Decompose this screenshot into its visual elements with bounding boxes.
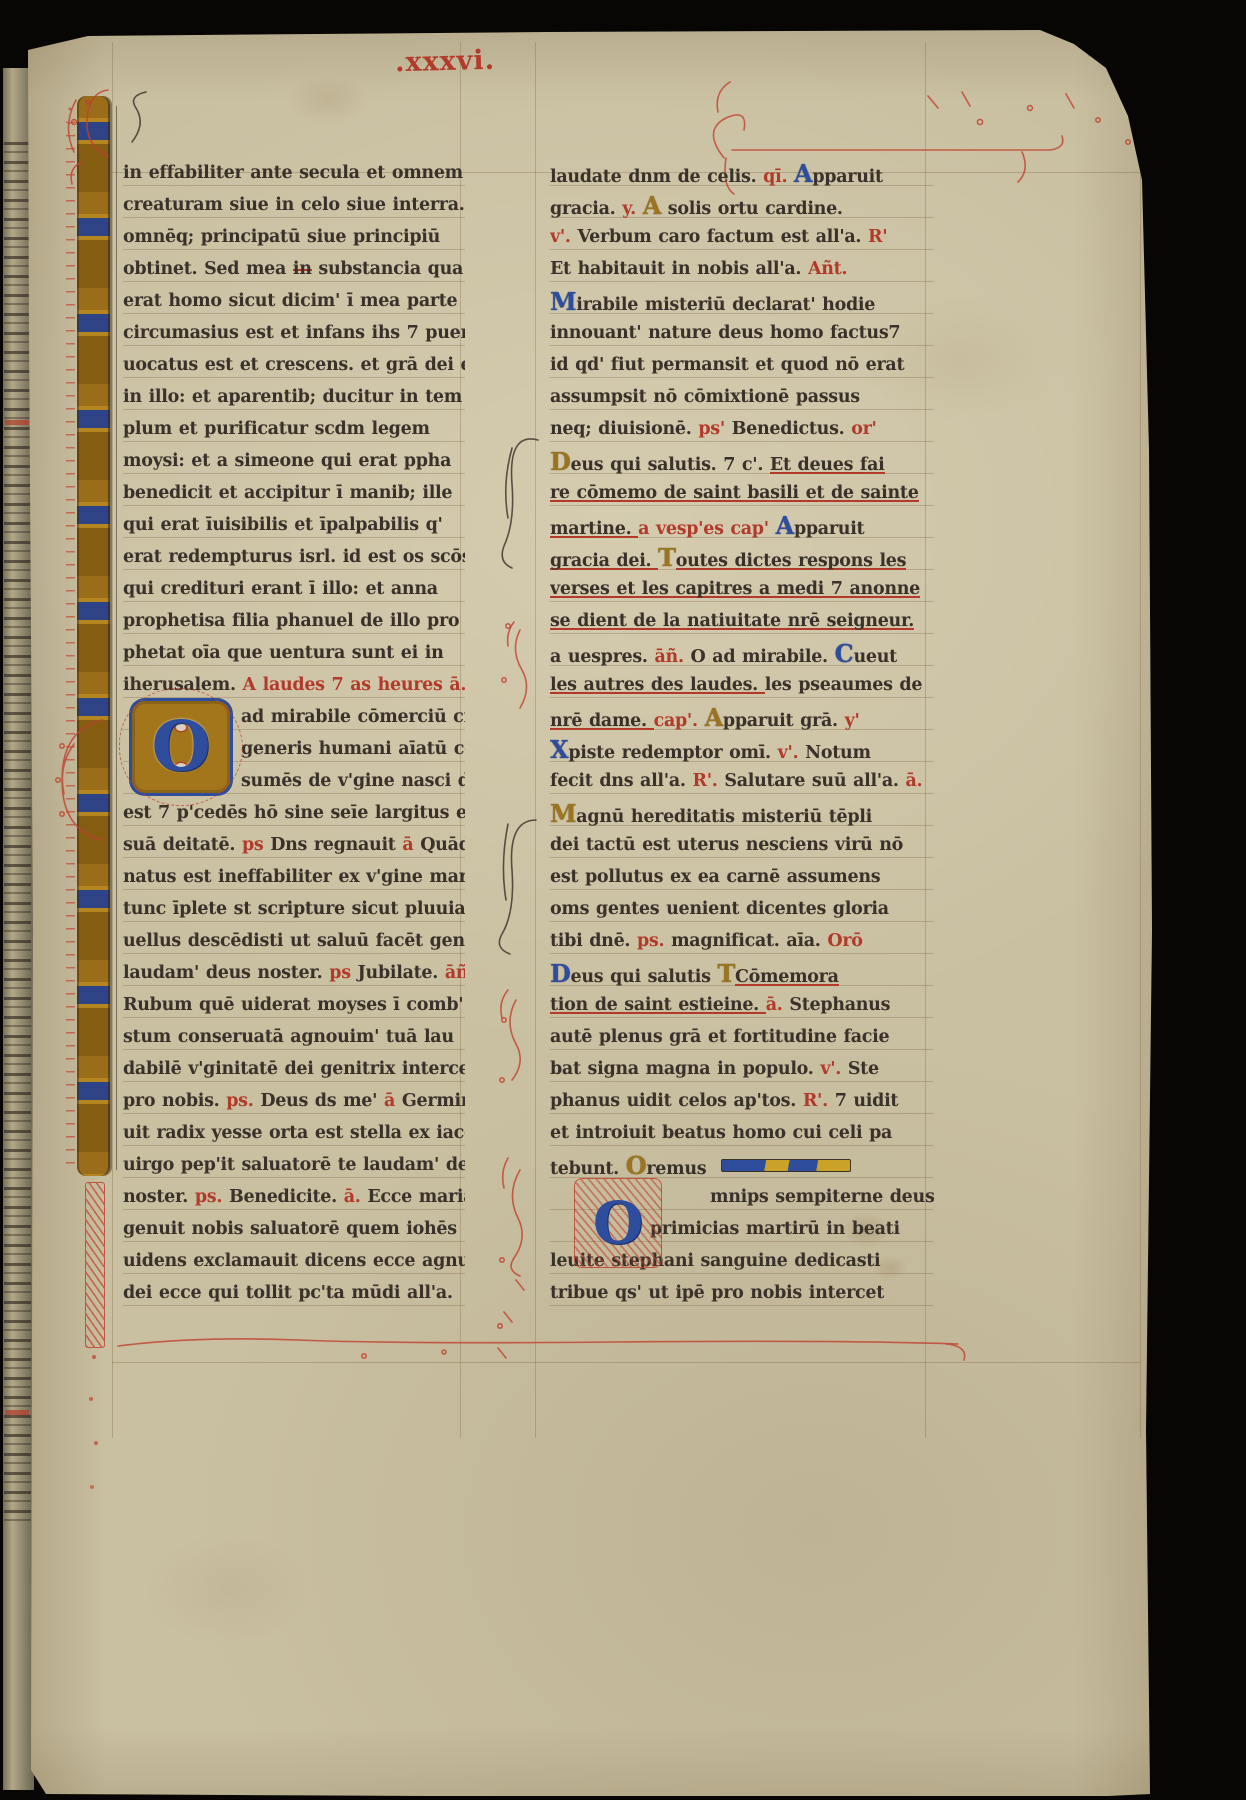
text-line: Et habitauit in nobis all'a. Añt. xyxy=(550,254,934,286)
text-line: circumasius est et infans ihs 7 puer xyxy=(123,318,465,350)
text-line: plum et purificatur scdm legem xyxy=(123,414,465,446)
text-line: dabilē v'ginitatē dei genitrix intercede xyxy=(123,1054,465,1086)
text-line: benedicit et accipitur ī manib; ille xyxy=(123,478,465,510)
large-initial-letter: O xyxy=(593,1189,643,1257)
text-line: moysi: et a simeone qui erat ppha xyxy=(123,446,465,478)
rubric-underlined-run: Et deues fai xyxy=(770,455,885,475)
text-line: et introiuit beatus homo cui celi pa xyxy=(550,1118,934,1150)
text-run: qui erat īuisibilis et īpalpabilis q' xyxy=(123,515,443,535)
text-run: creaturam siue in celo siue interra. xyxy=(123,195,465,215)
rubric-underlined-run: gracia dei. xyxy=(550,551,658,571)
line-filler xyxy=(721,1159,851,1172)
rubric-run: A laudes 7 as heures ā. xyxy=(243,675,465,695)
text-run: autē plenus grā et fortitudine facie xyxy=(550,1027,889,1047)
inline-initial-gold: M xyxy=(550,799,576,828)
text-run: Deus ds me' xyxy=(260,1091,384,1111)
text-run: suā deitatē. xyxy=(123,835,242,855)
text-line: gracia dei. Toutes dictes respons les xyxy=(550,542,934,574)
rubric-run: a vesp'es cap' xyxy=(638,519,775,539)
text-line: laudate dnm de celis. qī. Apparuit xyxy=(550,158,934,190)
text-run: ad mirabile cōmerciū creator xyxy=(241,707,465,727)
text-run: assumpsit nō cōmixtionē passus xyxy=(550,387,860,407)
text-run: O ad mirabile. xyxy=(691,647,835,667)
text-run: magnificat. aīa. xyxy=(671,931,827,951)
text-run: erat homo sicut dicim' ī mea parte xyxy=(123,291,457,311)
rubric-underlined-run: Cōmemora xyxy=(735,967,839,987)
corrected-run: in xyxy=(293,259,312,279)
text-run: neq; diuisionē. xyxy=(550,419,698,439)
text-run: pparuit xyxy=(812,167,882,187)
text-line: Deus qui salutis. 7 c'. Et deues fai xyxy=(550,446,934,478)
text-line: v'. Verbum caro factum est all'a. R' xyxy=(550,222,934,254)
text-run: pparuit grā. xyxy=(723,711,845,731)
rubric-run: v'. xyxy=(550,227,578,247)
text-line: uidens exclamauit dicens ecce agnus xyxy=(123,1246,465,1278)
text-run: laudate dnm de celis. xyxy=(550,167,763,187)
text-run: qui credituri erant ī illo: et anna xyxy=(123,579,438,599)
large-initial-left: O xyxy=(129,698,233,796)
text-run: piste redemptor omī. xyxy=(568,743,777,763)
text-line: qui credituri erant ī illo: et anna xyxy=(123,574,465,606)
text-run: generis humani aīatū corp' xyxy=(241,739,465,759)
rubric-run: R' xyxy=(868,227,887,247)
text-run: noster. xyxy=(123,1187,195,1207)
text-run: tebunt. xyxy=(550,1159,626,1179)
rubric-run: cap'. xyxy=(654,711,705,731)
rubric-underlined-run: martine. xyxy=(550,519,638,539)
inline-initial-blue: C xyxy=(835,639,854,668)
ruling-vertical xyxy=(1140,42,1141,1438)
rubric-underlined-run: tion de saint estieine. xyxy=(550,995,766,1015)
text-line: erat homo sicut dicim' ī mea parte xyxy=(123,286,465,318)
text-run: Dns regnauit xyxy=(270,835,402,855)
text-run: phetat oīa que uentura sunt ei in xyxy=(123,643,444,663)
text-run: dabilē v'ginitatē dei genitrix intercede xyxy=(123,1059,465,1079)
penwork-flourish-right-column-margin xyxy=(490,380,550,1380)
text-line: noster. ps. Benedicite. ā. Ecce maria xyxy=(123,1182,465,1214)
inline-initial-gold: T xyxy=(717,959,735,988)
text-run: Rubum quē uiderat moyses ī comb' xyxy=(123,995,463,1015)
rubric-run: Orō xyxy=(827,931,862,951)
rubric-run: ps. xyxy=(195,1187,229,1207)
rubric-run: ā. xyxy=(766,995,790,1015)
inline-initial-gold: O xyxy=(626,1151,647,1180)
text-run: tibi dnē. xyxy=(550,931,637,951)
inline-initial-blue: M xyxy=(550,287,576,316)
text-run: bat signa magna in populo. xyxy=(550,1059,820,1079)
text-run: eus qui salutis. 7 c'. xyxy=(571,455,770,475)
rubric-run: or' xyxy=(851,419,876,439)
inline-initial-gold: A xyxy=(643,191,661,220)
text-line: genuit nobis saluatorē quem iohēs xyxy=(123,1214,465,1246)
rubric-underlined-run: se dient de la natiuitate nrē seigneur. xyxy=(550,611,914,631)
text-line: uellus descēdisti ut saluū facēt gen' hū… xyxy=(123,926,465,958)
text-line: re cōmemo de saint basili et de sainte xyxy=(550,478,934,510)
rubric-run: R'. xyxy=(692,771,724,791)
text-line: uocatus est et crescens. et grā dei erat xyxy=(123,350,465,382)
inline-initial-gold: D xyxy=(550,447,571,476)
previous-page-text-lines xyxy=(4,142,31,1522)
text-run: genuit nobis saluatorē quem iohēs xyxy=(123,1219,457,1239)
rubric-run: Añt. xyxy=(808,259,847,279)
text-run: phanus uidit celos ap'tos. xyxy=(550,1091,803,1111)
inline-initial-gold: T xyxy=(658,543,676,572)
text-run: Notum xyxy=(805,743,871,763)
text-line: tibi dnē. ps. magnificat. aīa. Orō xyxy=(550,926,934,958)
text-run: tunc īplete st scripture sicut pluuia ī xyxy=(123,899,465,919)
rubric-run: R'. xyxy=(803,1091,835,1111)
text-run: uellus descēdisti ut saluū facēt gen' hū… xyxy=(123,931,465,951)
text-run: in illo: et aparentib; ducitur in tem xyxy=(123,387,462,407)
text-run: Salutare suū all'a. xyxy=(724,771,905,791)
text-line: Rubum quē uiderat moyses ī comb' xyxy=(123,990,465,1022)
text-line: tion de saint estieine. ā. Stephanus xyxy=(550,990,934,1022)
text-run: dei tactū est uterus nesciens virū nō xyxy=(550,835,903,855)
text-line: neq; diuisionē. ps' Benedictus. or' xyxy=(550,414,934,446)
text-run: fecit dns all'a. xyxy=(550,771,692,791)
rubric-run: y' xyxy=(845,711,860,731)
rubric-run: ps. xyxy=(226,1091,260,1111)
text-line: uirgo pep'it saluatorē te laudam' deus xyxy=(123,1150,465,1182)
text-line: Magnū hereditatis misteriū tēpli xyxy=(550,798,934,830)
text-line: tunc īplete st scripture sicut pluuia ī xyxy=(123,894,465,926)
large-initial-letter: O xyxy=(152,707,211,787)
text-run: uirgo pep'it saluatorē te laudam' deus xyxy=(123,1155,465,1175)
photo-backdrop: .xxxvi. 44 xyxy=(0,0,1246,1800)
text-run: agnū hereditatis misteriū tēpli xyxy=(576,807,872,827)
rubric-run: ā xyxy=(402,835,420,855)
text-run: in effabiliter ante secula et omnem xyxy=(123,163,463,183)
text-run: Jubilate. xyxy=(358,963,445,983)
rubric-underlined-run: les autres des laudes. xyxy=(550,675,765,695)
text-run: circumasius est et infans ihs 7 puer xyxy=(123,323,465,343)
text-line: omnēq; principatū siue principiū xyxy=(123,222,465,254)
text-line: a uespres. āñ. O ad mirabile. Cueut xyxy=(550,638,934,670)
inline-initial-gold: A xyxy=(705,703,723,732)
text-line: id qd' fiut permansit et quod nō erat xyxy=(550,350,934,382)
rubric-underlined-run: re cōmemo de saint basili et de sainte xyxy=(550,483,919,503)
text-run: uit radix yesse orta est stella ex iacob xyxy=(123,1123,465,1143)
text-run: Benedicite. xyxy=(229,1187,344,1207)
rubric-run: āñ xyxy=(445,963,465,983)
text-run: plum et purificatur scdm legem xyxy=(123,419,430,439)
text-run: gracia. xyxy=(550,199,622,219)
inline-initial-blue: A xyxy=(776,511,794,540)
text-line: les autres des laudes. les pseaumes de xyxy=(550,670,934,702)
text-line: Xpiste redemptor omī. v'. Notum xyxy=(550,734,934,766)
text-line: suā deitatē. ps Dns regnauit ā Quādo xyxy=(123,830,465,862)
text-line: erat redempturus isrl. id est os scōs xyxy=(123,542,465,574)
text-line: natus est ineffabiliter ex v'gine maria xyxy=(123,862,465,894)
border-bar-tail xyxy=(85,1182,105,1348)
rubric-underlined-run: outes dictes respons les xyxy=(676,551,906,571)
text-run: les pseaumes de xyxy=(765,675,922,695)
rubric-run: qī. xyxy=(763,167,794,187)
text-line: Deus qui salutis TCōmemora xyxy=(550,958,934,990)
text-run: 7 uidit xyxy=(835,1091,899,1111)
text-run: laudam' deus noster. xyxy=(123,963,329,983)
text-run: oms gentes uenient dicentes gloria xyxy=(550,899,889,919)
text-run: omnēq; principatū siue principiū xyxy=(123,227,440,247)
previous-page-rubric-fragment xyxy=(5,420,29,425)
manuscript-page: .xxxvi. 44 xyxy=(28,30,1152,1796)
text-line: in illo: et aparentib; ducitur in tem xyxy=(123,382,465,414)
text-run: pparuit xyxy=(794,519,864,539)
text-line: se dient de la natiuitate nrē seigneur. xyxy=(550,606,934,638)
text-column-left: O in effabiliter ante secula et omnemcre… xyxy=(123,158,465,1310)
text-line: gracia. y. A solis ortu cardine. xyxy=(550,190,934,222)
text-run: solis ortu cardine. xyxy=(661,199,843,219)
text-run: remus xyxy=(646,1159,713,1179)
text-line: fecit dns all'a. R'. Salutare suū all'a.… xyxy=(550,766,934,798)
rubric-underlined-run: verses et les capitres a medi 7 anonne xyxy=(550,579,920,599)
text-line: autē plenus grā et fortitudine facie xyxy=(550,1022,934,1054)
text-line: assumpsit nō cōmixtionē passus xyxy=(550,382,934,414)
text-line: uit radix yesse orta est stella ex iacob xyxy=(123,1118,465,1150)
text-run: erat redempturus isrl. id est os scōs xyxy=(123,547,465,567)
rubric-run: āñ. xyxy=(654,647,690,667)
text-line: bat signa magna in populo. v'. Ste xyxy=(550,1054,934,1086)
text-run: stum conseruatā agnouim' tuā lau xyxy=(123,1027,454,1047)
text-run: irabile misteriū declarat' hodie xyxy=(576,295,875,315)
rubric-run: v'. xyxy=(778,743,806,763)
text-run: id qd' fiut permansit et quod nō erat xyxy=(550,355,904,375)
text-line: prophetisa filia phanuel de illo pro xyxy=(123,606,465,638)
folio-number: 44 xyxy=(1083,26,1129,69)
text-line: est pollutus ex ea carnē assumens xyxy=(550,862,934,894)
text-run: tribue qs' ut ipē pro nobis intercet xyxy=(550,1283,884,1303)
text-line: laudam' deus noster. ps Jubilate. āñ xyxy=(123,958,465,990)
text-run: substancia qua xyxy=(312,259,463,279)
rubric-run: ā xyxy=(384,1091,402,1111)
text-run: benedicit et accipitur ī manib; ille xyxy=(123,483,452,503)
inline-initial-blue: D xyxy=(550,959,571,988)
large-initial-right: O xyxy=(574,1178,662,1268)
text-run: prophetisa filia phanuel de illo pro xyxy=(123,611,459,631)
ruling-horizontal xyxy=(112,1362,1140,1363)
text-run: Ecce maria xyxy=(367,1187,465,1207)
text-run: moysi: et a simeone qui erat ppha xyxy=(123,451,451,471)
rubric-run: ps' xyxy=(698,419,731,439)
text-line: obtinet. Sed mea in substancia qua xyxy=(123,254,465,286)
rubric-run: ps xyxy=(329,963,357,983)
text-run: dei ecce qui tollit pc'ta mūdi all'a. xyxy=(123,1283,453,1303)
text-line: nrē dame. cap'. Apparuit grā. y' xyxy=(550,702,934,734)
text-run: Quādo xyxy=(420,835,465,855)
text-run: Verbum caro factum est all'a. xyxy=(578,227,869,247)
text-run: obtinet. Sed mea xyxy=(123,259,293,279)
text-line: verses et les capitres a medi 7 anonne xyxy=(550,574,934,606)
rubric-underlined-run: nrē dame. xyxy=(550,711,654,731)
text-run: pro nobis. xyxy=(123,1091,226,1111)
text-run: mnips sempiterne deus qui xyxy=(710,1187,934,1207)
text-line: innouant' nature deus homo factus7 xyxy=(550,318,934,350)
text-run: est 7 p'cedēs hō sine seīe largitus est … xyxy=(123,803,465,823)
penwork-flourish-bottom xyxy=(114,1312,1074,1362)
text-line: qui erat īuisibilis et īpalpabilis q' xyxy=(123,510,465,542)
text-run: Ste xyxy=(848,1059,879,1079)
illuminated-border-bar xyxy=(77,96,110,1176)
rubric-run: y. xyxy=(622,199,642,219)
text-line: stum conseruatā agnouim' tuā lau xyxy=(123,1022,465,1054)
text-line: creaturam siue in celo siue interra. xyxy=(123,190,465,222)
text-line: Mirabile misteriū declarat' hodie xyxy=(550,286,934,318)
previous-page-rubric-fragment xyxy=(5,1410,29,1415)
text-line: dei tactū est uterus nesciens virū nō xyxy=(550,830,934,862)
text-run: Et habitauit in nobis all'a. xyxy=(550,259,808,279)
text-line: dei ecce qui tollit pc'ta mūdi all'a. xyxy=(123,1278,465,1310)
text-line: in effabiliter ante secula et omnem xyxy=(123,158,465,190)
text-run: Stephanus xyxy=(789,995,890,1015)
text-line: phanus uidit celos ap'tos. R'. 7 uidit xyxy=(550,1086,934,1118)
text-run: Benedictus. xyxy=(732,419,852,439)
text-run: primicias martirū in beati xyxy=(650,1219,900,1239)
text-run: uidens exclamauit dicens ecce agnus xyxy=(123,1251,465,1271)
text-run: et introiuit beatus homo cui celi pa xyxy=(550,1123,892,1143)
rubric-run: ā. xyxy=(906,771,923,791)
text-run: innouant' nature deus homo factus7 xyxy=(550,323,900,343)
text-line: tribue qs' ut ipē pro nobis intercet xyxy=(550,1278,934,1310)
inline-initial-blue: X xyxy=(550,735,568,764)
text-run: a uespres. xyxy=(550,647,654,667)
text-run: sumēs de v'gine nasci dignat' xyxy=(241,771,465,791)
text-line: phetat oīa que uentura sunt ei in xyxy=(123,638,465,670)
page-header: .xxxvi. xyxy=(345,43,546,79)
text-run: eus qui salutis xyxy=(571,967,718,987)
rubric-run: ps. xyxy=(637,931,671,951)
rubric-run: v'. xyxy=(820,1059,848,1079)
inline-initial-blue: A xyxy=(794,159,812,188)
rubric-run: ps xyxy=(242,835,270,855)
text-run: ueut xyxy=(853,647,896,667)
text-column-right: O laudate dnm de celis. qī. Apparuitgrac… xyxy=(550,158,934,1310)
text-run: est pollutus ex ea carnē assumens xyxy=(550,867,880,887)
text-run: uocatus est et crescens. et grā dei erat xyxy=(123,355,465,375)
text-line: martine. a vesp'es cap' Apparuit xyxy=(550,510,934,542)
text-run: Germina xyxy=(402,1091,465,1111)
text-line: oms gentes uenient dicentes gloria xyxy=(550,894,934,926)
rubric-run: ā. xyxy=(344,1187,368,1207)
text-run: natus est ineffabiliter ex v'gine maria xyxy=(123,867,465,887)
text-line: pro nobis. ps. Deus ds me' ā Germina xyxy=(123,1086,465,1118)
